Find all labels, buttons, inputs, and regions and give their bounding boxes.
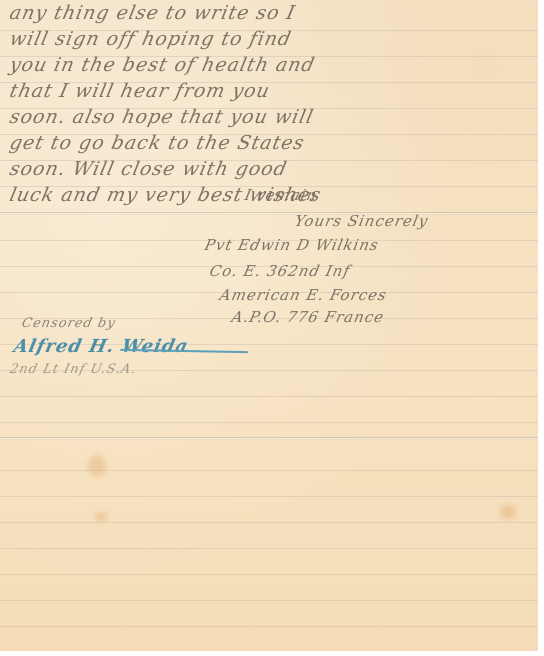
ruled-line xyxy=(0,600,538,601)
ruled-line xyxy=(0,396,538,397)
ruled-line xyxy=(0,522,538,523)
censor-signature: Alfred H. Weida xyxy=(12,336,191,357)
ruled-line xyxy=(0,422,538,423)
signature-unit: Co. E. 362nd Inf xyxy=(208,262,352,280)
signature-apo: A.P.O. 776 France xyxy=(230,308,386,326)
letter-page: any thing else to write so I will sign o… xyxy=(0,0,538,651)
ruled-line xyxy=(0,470,538,471)
letter-line: get to go back to the States xyxy=(8,132,307,154)
signature-force: American E. Forces xyxy=(218,286,389,304)
ruled-line xyxy=(0,548,538,549)
censor-rank: 2nd Lt Inf U.S.A. xyxy=(8,362,138,377)
closing-line: I remain xyxy=(243,186,319,204)
stain xyxy=(500,505,516,519)
letter-line: soon. also hope that you will xyxy=(8,106,316,128)
letter-line: that I will hear from you xyxy=(8,80,273,102)
signature-name: Pvt Edwin D Wilkins xyxy=(203,236,381,254)
closing-line: Yours Sincerely xyxy=(293,212,430,230)
letter-line: any thing else to write so I xyxy=(8,2,298,24)
ruled-line xyxy=(0,626,538,627)
fold-crease xyxy=(0,212,538,215)
stain xyxy=(88,455,106,477)
ruled-line xyxy=(0,496,538,497)
letter-line: will sign off hoping to find xyxy=(8,28,294,50)
censor-label: Censored by xyxy=(20,316,117,331)
stain xyxy=(95,512,107,522)
ruled-line xyxy=(0,574,538,575)
fold-crease xyxy=(0,437,538,440)
letter-line: soon. Will close with good xyxy=(8,158,290,180)
letter-line: you in the best of health and xyxy=(8,54,318,76)
